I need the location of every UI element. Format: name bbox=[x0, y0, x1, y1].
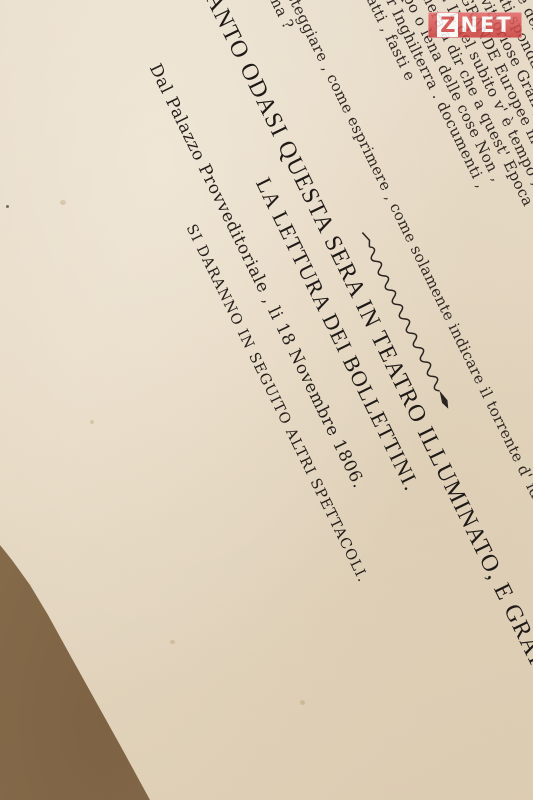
paper-speck bbox=[6, 205, 9, 208]
paper-stain bbox=[60, 200, 66, 205]
paper-stain bbox=[300, 700, 305, 705]
watermark-letters: NET bbox=[460, 13, 512, 37]
paper-stain bbox=[170, 640, 175, 644]
watermark-letter-z: Z bbox=[437, 13, 458, 37]
printed-bulletin: gran sentimento tanti vittorie il fine d… bbox=[395, 0, 533, 634]
paper-stain bbox=[90, 420, 94, 424]
znet-watermark-logo: ZNET bbox=[428, 12, 522, 38]
